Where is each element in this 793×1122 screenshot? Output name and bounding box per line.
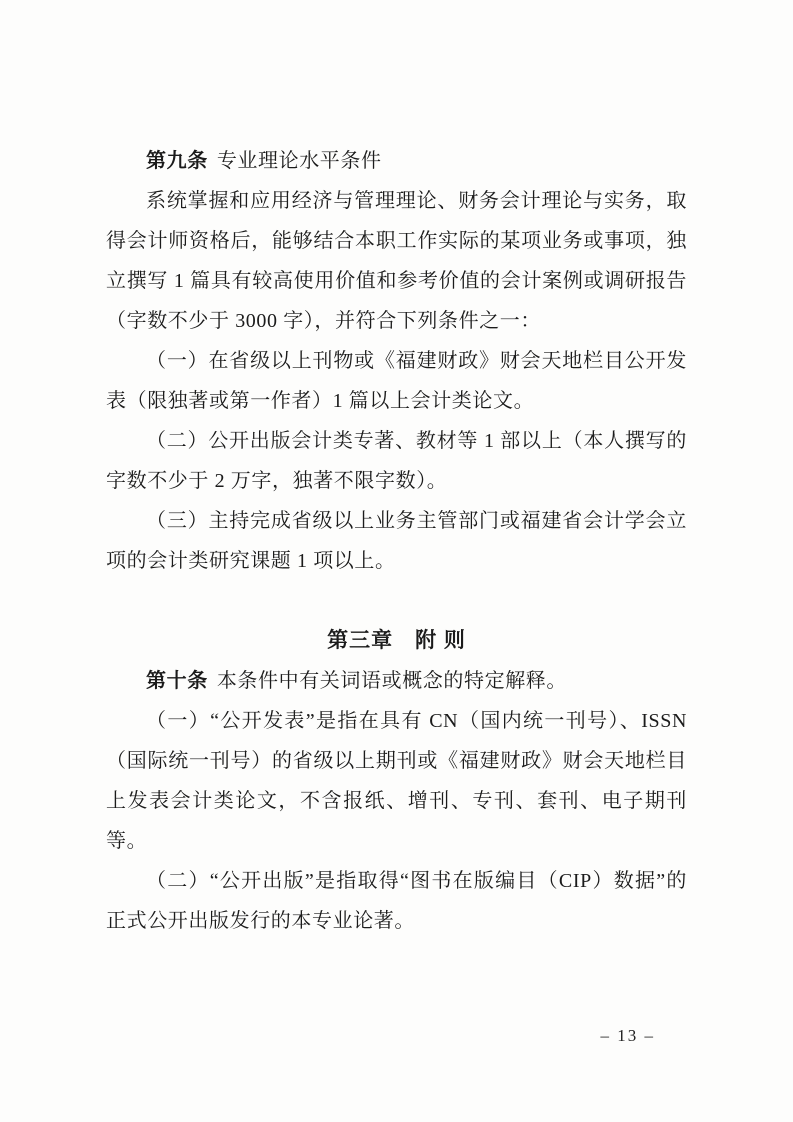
clause-10-item-2: （二）“公开出版”是指取得“图书在版编目（CIP）数据”的正式公开出版发行的本专… bbox=[106, 861, 687, 941]
clause-10-text: 本条件中有关词语或概念的特定解释。 bbox=[217, 670, 567, 692]
clause-9-intro-paragraph: 系统掌握和应用经济与管理理论、财务会计理论与实务，取得会计师资格后，能够结合本职… bbox=[106, 181, 687, 341]
clause-9-item-2: （二）公开出版会计类专著、教材等 1 部以上（本人撰写的字数不少于 2 万字，独… bbox=[106, 421, 687, 501]
page-number: – 13 – bbox=[601, 1024, 656, 1048]
chapter-3-heading: 第三章 附 则 bbox=[106, 621, 687, 661]
clause-9-label: 第九条 bbox=[146, 150, 208, 172]
clause-10-label: 第十条 bbox=[146, 670, 208, 692]
document-page: 第九条专业理论水平条件 系统掌握和应用经济与管理理论、财务会计理论与实务，取得会… bbox=[0, 0, 793, 1122]
document-body: 第九条专业理论水平条件 系统掌握和应用经济与管理理论、财务会计理论与实务，取得会… bbox=[106, 141, 687, 941]
clause-9-item-3: （三）主持完成省级以上业务主管部门或福建省会计学会立项的会计类研究课题 1 项以… bbox=[106, 501, 687, 581]
clause-9-title: 专业理论水平条件 bbox=[217, 150, 382, 172]
clause-9-heading: 第九条专业理论水平条件 bbox=[106, 141, 687, 181]
clause-10-item-1: （一）“公开发表”是指在具有 CN（国内统一刊号）、ISSN（国际统一刊号）的省… bbox=[106, 701, 687, 861]
clause-10-paragraph: 第十条本条件中有关词语或概念的特定解释。 bbox=[106, 661, 687, 701]
clause-9-item-1: （一）在省级以上刊物或《福建财政》财会天地栏目公开发表（限独著或第一作者）1 篇… bbox=[106, 341, 687, 421]
